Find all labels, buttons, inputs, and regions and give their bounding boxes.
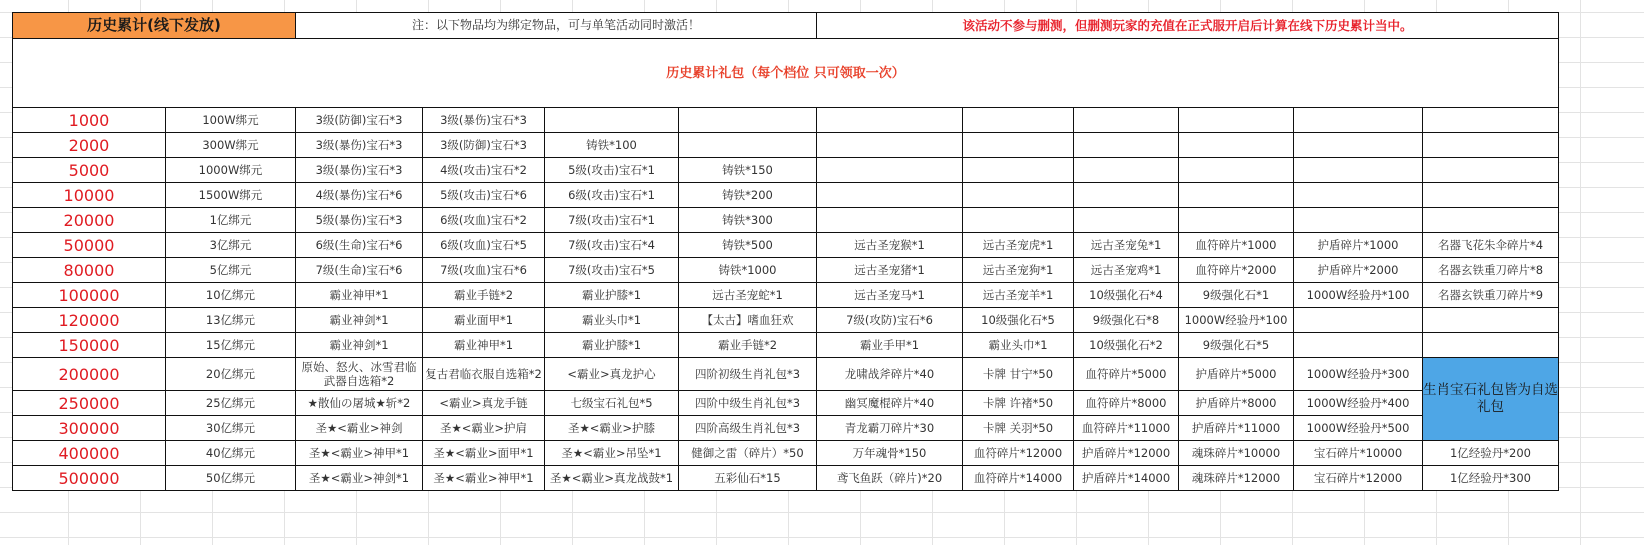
reward-cell[interactable]: 远古圣宠马*1: [817, 283, 963, 308]
reward-cell[interactable]: 卡牌 许褚*50: [963, 391, 1074, 416]
reward-cell[interactable]: [817, 158, 963, 183]
reward-cell[interactable]: [1179, 133, 1294, 158]
reward-cell[interactable]: 远古圣宠猪*1: [817, 258, 963, 283]
reward-cell[interactable]: 霸业神甲*1: [423, 333, 545, 358]
reward-cell[interactable]: 7级(攻击)宝石*5: [545, 258, 679, 283]
reward-cell[interactable]: 霸业手链*2: [679, 333, 817, 358]
reward-cell[interactable]: 6级(攻血)宝石*5: [423, 233, 545, 258]
table-row: 25000025亿绑元★散仙の屠城★斩*2<霸业>真龙手链七级宝石礼包*5四阶中…: [13, 391, 1559, 416]
reward-cell[interactable]: 7级(攻击)宝石*1: [545, 208, 679, 233]
reward-cell[interactable]: 圣★<霸业>神剑: [296, 416, 423, 441]
tier-amount[interactable]: 150000: [13, 333, 166, 358]
reward-cell[interactable]: 15亿绑元: [166, 333, 296, 358]
reward-cell[interactable]: 名器玄铁重刀碎片*9: [1423, 283, 1559, 308]
reward-cell[interactable]: 10级强化石*4: [1074, 283, 1179, 308]
table-row: 12000013亿绑元霸业神剑*1霸业面甲*1霸业头巾*1【太古】嗜血狂欢7级(…: [13, 308, 1559, 333]
reward-cell[interactable]: 5亿绑元: [166, 258, 296, 283]
reward-cell[interactable]: 四阶中级生肖礼包*3: [679, 391, 817, 416]
reward-cell[interactable]: 宝石碎片*12000: [1294, 466, 1423, 491]
reward-cell[interactable]: 名器玄铁重刀碎片*8: [1423, 258, 1559, 283]
reward-cell[interactable]: 魂珠碎片*10000: [1179, 441, 1294, 466]
reward-cell[interactable]: [817, 133, 963, 158]
tier-amount[interactable]: 250000: [13, 391, 166, 416]
reward-cell[interactable]: 霸业面甲*1: [423, 308, 545, 333]
reward-cell[interactable]: 圣★<霸业>护膝: [545, 416, 679, 441]
reward-cell[interactable]: 原始、怒火、冰雪君临武器自选箱*2: [296, 358, 423, 391]
reward-cell[interactable]: 5级(暴伤)宝石*3: [296, 208, 423, 233]
table-row: 1000100W绑元3级(防御)宝石*33级(暴伤)宝石*3: [13, 108, 1559, 133]
reward-cell[interactable]: [1074, 133, 1179, 158]
sheet-title[interactable]: 历史累计(线下发放): [13, 13, 296, 39]
reward-cell[interactable]: [679, 108, 817, 133]
reward-cell[interactable]: 3级(暴伤)宝石*3: [296, 133, 423, 158]
reward-cell[interactable]: [1294, 183, 1423, 208]
reward-cell[interactable]: 幽冥魔棍碎片*40: [817, 391, 963, 416]
reward-cell[interactable]: 霸业头巾*1: [545, 308, 679, 333]
reward-cell[interactable]: 1000W经验丹*400: [1294, 391, 1423, 416]
reward-cell[interactable]: 1500W绑元: [166, 183, 296, 208]
reward-cell[interactable]: [1294, 108, 1423, 133]
reward-cell[interactable]: 魂珠碎片*12000: [1179, 466, 1294, 491]
table-row: 500003亿绑元6级(生命)宝石*66级(攻血)宝石*57级(攻击)宝石*4铸…: [13, 233, 1559, 258]
reward-cell[interactable]: 霸业神剑*1: [296, 333, 423, 358]
reward-cell[interactable]: [817, 208, 963, 233]
reward-cell[interactable]: 7级(生命)宝石*6: [296, 258, 423, 283]
reward-cell[interactable]: [1423, 308, 1559, 333]
reward-cell[interactable]: [1294, 333, 1423, 358]
reward-cell[interactable]: 3级(防御)宝石*3: [423, 133, 545, 158]
tier-amount[interactable]: 80000: [13, 258, 166, 283]
reward-cell[interactable]: 卡牌 关羽*50: [963, 416, 1074, 441]
reward-cell[interactable]: 霸业神剑*1: [296, 308, 423, 333]
reward-cell[interactable]: 复古君临衣服自选箱*2: [423, 358, 545, 391]
reward-cell[interactable]: [1074, 183, 1179, 208]
reward-cell[interactable]: 3级(防御)宝石*3: [296, 108, 423, 133]
reward-table: 历史累计(线下发放) 注：以下物品均为绑定物品，可与单笔活动同时激活！ 该活动不…: [12, 12, 1559, 491]
reward-cell[interactable]: 9级强化石*8: [1074, 308, 1179, 333]
table-row: 40000040亿绑元圣★<霸业>神甲*1圣★<霸业>面甲*1圣★<霸业>吊坠*…: [13, 441, 1559, 466]
reward-cell[interactable]: 5级(攻击)宝石*6: [423, 183, 545, 208]
reward-cell[interactable]: 30亿绑元: [166, 416, 296, 441]
reward-cell[interactable]: [1074, 108, 1179, 133]
reward-cell[interactable]: 圣★<霸业>神剑*1: [296, 466, 423, 491]
reward-cell[interactable]: 圣★<霸业>神甲*1: [296, 441, 423, 466]
reward-cell[interactable]: [1074, 158, 1179, 183]
tier-amount[interactable]: 120000: [13, 308, 166, 333]
reward-cell[interactable]: 铸铁*500: [679, 233, 817, 258]
reward-cell[interactable]: 护盾碎片*12000: [1074, 441, 1179, 466]
reward-cell[interactable]: 护盾碎片*11000: [1179, 416, 1294, 441]
reward-cell[interactable]: [545, 108, 679, 133]
tier-amount[interactable]: 300000: [13, 416, 166, 441]
reward-cell[interactable]: [1179, 108, 1294, 133]
reward-cell[interactable]: 血符碎片*2000: [1179, 258, 1294, 283]
reward-cell[interactable]: [1294, 133, 1423, 158]
reward-cell[interactable]: [963, 183, 1074, 208]
reward-cell[interactable]: 霸业手甲*1: [817, 333, 963, 358]
reward-cell[interactable]: 9级强化石*5: [1179, 333, 1294, 358]
reward-cell[interactable]: 霸业头巾*1: [963, 333, 1074, 358]
reward-cell[interactable]: 铸铁*300: [679, 208, 817, 233]
reward-cell[interactable]: 1亿绑元: [166, 208, 296, 233]
reward-cell[interactable]: 鸢飞鱼跃（碎片)*20: [817, 466, 963, 491]
zodiac-pack-note[interactable]: 生肖宝石礼包皆为自选礼包: [1423, 358, 1559, 441]
reward-cell[interactable]: 1000W经验丹*500: [1294, 416, 1423, 441]
table-row: 20000020亿绑元原始、怒火、冰雪君临武器自选箱*2复古君临衣服自选箱*2<…: [13, 358, 1559, 391]
reward-cell[interactable]: [1423, 133, 1559, 158]
reward-cell[interactable]: 远古圣宠兔*1: [1074, 233, 1179, 258]
reward-cell[interactable]: 远古圣宠鸡*1: [1074, 258, 1179, 283]
reward-cell[interactable]: 四阶高级生肖礼包*3: [679, 416, 817, 441]
table-row: 30000030亿绑元圣★<霸业>神剑圣★<霸业>护肩圣★<霸业>护膝四阶高级生…: [13, 416, 1559, 441]
reward-cell[interactable]: 护盾碎片*1000: [1294, 233, 1423, 258]
table-row: 15000015亿绑元霸业神剑*1霸业神甲*1霸业护膝*1霸业手链*2霸业手甲*…: [13, 333, 1559, 358]
reward-cell[interactable]: 宝石碎片*10000: [1294, 441, 1423, 466]
tier-amount[interactable]: 1000: [13, 108, 166, 133]
reward-cell[interactable]: [1179, 208, 1294, 233]
reward-cell[interactable]: 4级(暴伤)宝石*6: [296, 183, 423, 208]
reward-cell[interactable]: 100W绑元: [166, 108, 296, 133]
reward-cell[interactable]: [963, 133, 1074, 158]
tier-amount[interactable]: 400000: [13, 441, 166, 466]
tier-amount[interactable]: 200000: [13, 358, 166, 391]
reward-cell[interactable]: 9级强化石*1: [1179, 283, 1294, 308]
reward-cell[interactable]: 远古圣宠猴*1: [817, 233, 963, 258]
reward-cell[interactable]: 圣★<霸业>护肩: [423, 416, 545, 441]
tier-amount[interactable]: 500000: [13, 466, 166, 491]
reward-cell[interactable]: 6级(攻击)宝石*1: [545, 183, 679, 208]
reward-cell[interactable]: [1294, 158, 1423, 183]
reward-cell[interactable]: 10级强化石*2: [1074, 333, 1179, 358]
reward-cell[interactable]: 霸业手链*2: [423, 283, 545, 308]
reward-cell[interactable]: 圣★<霸业>面甲*1: [423, 441, 545, 466]
reward-cell[interactable]: [817, 183, 963, 208]
reward-cell[interactable]: 3级(暴伤)宝石*3: [296, 158, 423, 183]
reward-cell[interactable]: 霸业护膝*1: [545, 333, 679, 358]
reward-cell[interactable]: 13亿绑元: [166, 308, 296, 333]
reward-cell[interactable]: 七级宝石礼包*5: [545, 391, 679, 416]
reward-cell[interactable]: [1074, 208, 1179, 233]
reward-cell[interactable]: 远古圣宠虎*1: [963, 233, 1074, 258]
reward-cell[interactable]: 血符碎片*1000: [1179, 233, 1294, 258]
reward-cell[interactable]: 护盾碎片*8000: [1179, 391, 1294, 416]
reward-cell[interactable]: [1423, 183, 1559, 208]
reward-cell[interactable]: 25亿绑元: [166, 391, 296, 416]
table-row: 50000050亿绑元圣★<霸业>神剑*1圣★<霸业>神甲*1圣★<霸业>真龙战…: [13, 466, 1559, 491]
reward-cell[interactable]: 【太古】嗜血狂欢: [679, 308, 817, 333]
reward-cell[interactable]: 霸业护膝*1: [545, 283, 679, 308]
reward-cell[interactable]: 名器飞花朱伞碎片*4: [1423, 233, 1559, 258]
reward-cell[interactable]: 圣★<霸业>吊坠*1: [545, 441, 679, 466]
reward-cell[interactable]: 3级(暴伤)宝石*3: [423, 108, 545, 133]
table-row: 2000300W绑元3级(暴伤)宝石*33级(防御)宝石*3铸铁*100: [13, 133, 1559, 158]
binding-note[interactable]: 注：以下物品均为绑定物品，可与单笔活动同时激活！: [296, 13, 817, 39]
reward-cell[interactable]: 卡牌 甘宁*50: [963, 358, 1074, 391]
reward-cell[interactable]: 铸铁*150: [679, 158, 817, 183]
reward-cell[interactable]: 护盾碎片*14000: [1074, 466, 1179, 491]
reward-cell[interactable]: 1000W经验丹*300: [1294, 358, 1423, 391]
reward-cell[interactable]: 铸铁*200: [679, 183, 817, 208]
reward-cell[interactable]: ★散仙の屠城★斩*2: [296, 391, 423, 416]
reward-cell[interactable]: 霸业神甲*1: [296, 283, 423, 308]
reward-cell[interactable]: 血符碎片*8000: [1074, 391, 1179, 416]
reward-cell[interactable]: 远古圣宠狗*1: [963, 258, 1074, 283]
reward-cell[interactable]: 1亿经验丹*200: [1423, 441, 1559, 466]
reward-cell[interactable]: [963, 108, 1074, 133]
reward-cell[interactable]: 龙啸战斧碎片*40: [817, 358, 963, 391]
reward-cell[interactable]: 40亿绑元: [166, 441, 296, 466]
reward-cell[interactable]: [1179, 158, 1294, 183]
reward-cell[interactable]: 护盾碎片*5000: [1179, 358, 1294, 391]
reward-cell[interactable]: 铸铁*100: [545, 133, 679, 158]
reward-cell[interactable]: 3亿绑元: [166, 233, 296, 258]
gift-pack-title[interactable]: 历史累计礼包（每个档位 只可领取一次）: [13, 39, 1559, 108]
reward-cell[interactable]: 血符碎片*11000: [1074, 416, 1179, 441]
reward-cell[interactable]: [963, 158, 1074, 183]
tier-amount[interactable]: 2000: [13, 133, 166, 158]
reward-cell[interactable]: 1000W经验丹*100: [1294, 283, 1423, 308]
reward-cell[interactable]: 铸铁*1000: [679, 258, 817, 283]
reward-cell[interactable]: 四阶初级生肖礼包*3: [679, 358, 817, 391]
reward-cell[interactable]: 护盾碎片*2000: [1294, 258, 1423, 283]
reward-cell[interactable]: 血符碎片*14000: [963, 466, 1074, 491]
reward-cell[interactable]: 万年魂骨*150: [817, 441, 963, 466]
reward-cell[interactable]: 20亿绑元: [166, 358, 296, 391]
tier-amount[interactable]: 20000: [13, 208, 166, 233]
reward-cell[interactable]: 血符碎片*12000: [963, 441, 1074, 466]
reward-cell[interactable]: [1423, 108, 1559, 133]
reward-cell[interactable]: <霸业>真龙手链: [423, 391, 545, 416]
table-row: 800005亿绑元7级(生命)宝石*67级(攻血)宝石*67级(攻击)宝石*5铸…: [13, 258, 1559, 283]
table-row: 200001亿绑元5级(暴伤)宝石*36级(攻血)宝石*27级(攻击)宝石*1铸…: [13, 208, 1559, 233]
reward-cell[interactable]: 远古圣宠蛇*1: [679, 283, 817, 308]
table-row: 50001000W绑元3级(暴伤)宝石*34级(攻击)宝石*25级(攻击)宝石*…: [13, 158, 1559, 183]
reward-cell[interactable]: 50亿绑元: [166, 466, 296, 491]
table-row: 100001500W绑元4级(暴伤)宝石*65级(攻击)宝石*66级(攻击)宝石…: [13, 183, 1559, 208]
reward-cell[interactable]: 健御之雷（碎片）*50: [679, 441, 817, 466]
tier-amount[interactable]: 100000: [13, 283, 166, 308]
reward-cell[interactable]: 7级(攻击)宝石*4: [545, 233, 679, 258]
reward-cell[interactable]: 4级(攻击)宝石*2: [423, 158, 545, 183]
tier-amount[interactable]: 5000: [13, 158, 166, 183]
tier-amount[interactable]: 10000: [13, 183, 166, 208]
reward-cell[interactable]: 5级(攻击)宝石*1: [545, 158, 679, 183]
reward-cell[interactable]: 7级(攻血)宝石*6: [423, 258, 545, 283]
reward-cell[interactable]: 300W绑元: [166, 133, 296, 158]
reward-cell[interactable]: 圣★<霸业>神甲*1: [423, 466, 545, 491]
reward-cell[interactable]: [679, 133, 817, 158]
reward-cell[interactable]: 1亿经验丹*300: [1423, 466, 1559, 491]
reward-cell[interactable]: 6级(生命)宝石*6: [296, 233, 423, 258]
reward-cell[interactable]: 圣★<霸业>真龙战鼓*1: [545, 466, 679, 491]
reward-cell[interactable]: 10级强化石*5: [963, 308, 1074, 333]
reward-cell[interactable]: [1423, 208, 1559, 233]
reward-cell[interactable]: [817, 108, 963, 133]
reward-cell[interactable]: 6级(攻血)宝石*2: [423, 208, 545, 233]
tier-amount[interactable]: 50000: [13, 233, 166, 258]
reward-cell[interactable]: [1179, 183, 1294, 208]
reward-cell[interactable]: 7级(攻防)宝石*6: [817, 308, 963, 333]
reward-cell[interactable]: [963, 208, 1074, 233]
reward-cell[interactable]: 1000W经验丹*100: [1179, 308, 1294, 333]
reward-cell[interactable]: 10亿绑元: [166, 283, 296, 308]
reward-cell[interactable]: [1423, 158, 1559, 183]
reward-cell[interactable]: 五彩仙石*15: [679, 466, 817, 491]
reward-cell[interactable]: [1294, 208, 1423, 233]
reward-cell[interactable]: [1294, 308, 1423, 333]
test-warning[interactable]: 该活动不参与删测，但删测玩家的充值在正式服开启后计算在线下历史累计当中。: [817, 13, 1559, 39]
reward-cell[interactable]: 血符碎片*5000: [1074, 358, 1179, 391]
table-row: 10000010亿绑元霸业神甲*1霸业手链*2霸业护膝*1远古圣宠蛇*1远古圣宠…: [13, 283, 1559, 308]
reward-cell[interactable]: 1000W绑元: [166, 158, 296, 183]
reward-cell[interactable]: [1423, 333, 1559, 358]
reward-cell[interactable]: <霸业>真龙护心: [545, 358, 679, 391]
reward-cell[interactable]: 远古圣宠羊*1: [963, 283, 1074, 308]
reward-cell[interactable]: 青龙霸刀碎片*30: [817, 416, 963, 441]
